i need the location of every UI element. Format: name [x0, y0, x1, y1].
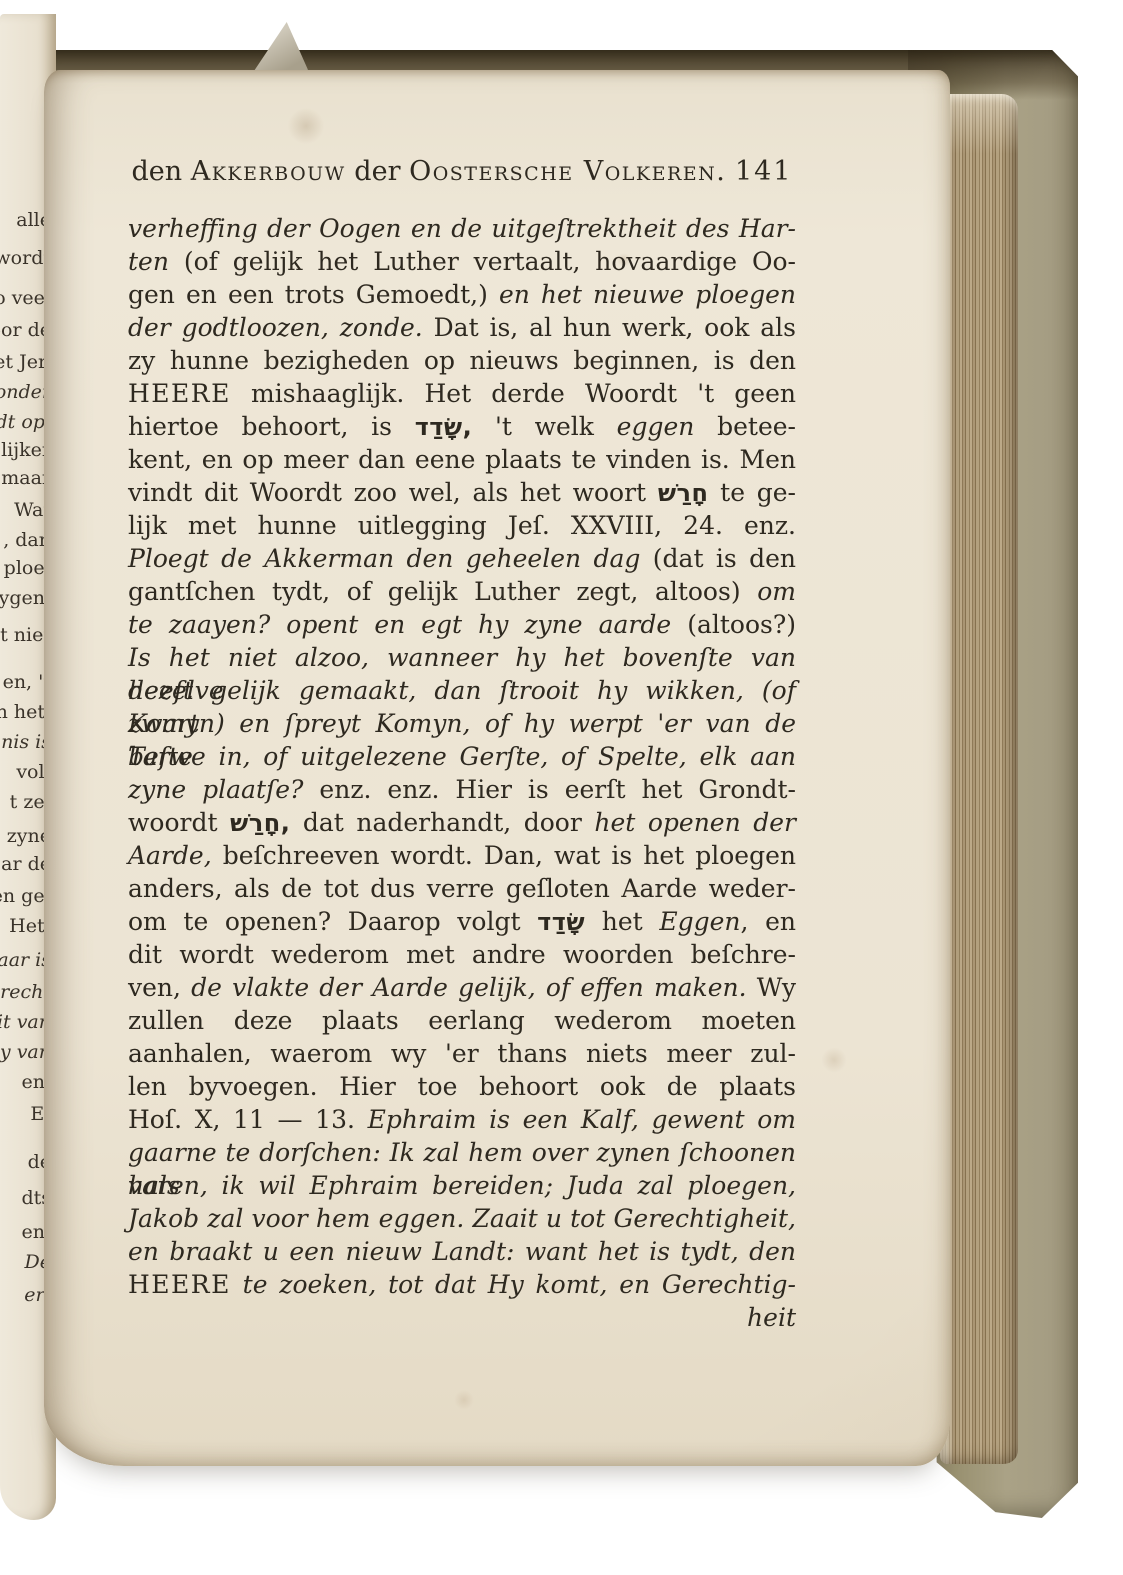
text-run: Aarde,	[128, 841, 212, 870]
photo-background: { "book": { "description": "antique book…	[0, 0, 1123, 1575]
text-line: Tarwe in, of uitgelezene Gerſte, of Spel…	[128, 740, 796, 773]
text-line: om te openen? Daarop volgt שָׂדַד het Eg…	[128, 905, 796, 938]
text-line: en braakt u een nieuw Landt: want het is…	[128, 1235, 796, 1268]
text-run: Oostersche Volkeren.	[409, 156, 726, 187]
text-run: heit	[747, 1303, 796, 1332]
page-corner-flap	[252, 22, 308, 74]
text-run: te zoeken, tot dat Hy komt, en Gerechtig…	[231, 1270, 796, 1299]
text-run: ven,	[128, 973, 191, 1002]
fore-edge-pages	[940, 94, 1018, 1464]
text-run: HEERE	[128, 1270, 231, 1299]
hebrew-word: שָׂדַד	[537, 908, 585, 936]
text-line: Hoſ. X, 11 — 13. Ephraim is een Kalf, ge…	[128, 1103, 796, 1136]
text-line: der godtloozen, zonde. Dat is, al hun we…	[128, 311, 796, 344]
text-run: Wy	[747, 973, 796, 1002]
text-run: Ploegt de Akkerman den geheelen dag	[128, 544, 640, 573]
text-run: en braakt u een nieuw Landt: want het is…	[128, 1237, 796, 1266]
text-line: te zaayen? opent en egt hy zyne aarde (a…	[128, 608, 796, 641]
text-run: (dat is den	[640, 544, 796, 573]
text-run: en het nieuwe ploegen	[499, 280, 796, 309]
text-line: Ploegt de Akkerman den geheelen dag (dat…	[128, 542, 796, 575]
text-line: vindt dit Woordt zoo wel, als het woort …	[128, 476, 796, 509]
text-line: ven, de vlakte der Aarde gelijk, of effe…	[128, 971, 796, 1004]
text-run: eggen	[617, 412, 695, 441]
text-line: varen, ik wil Ephraim bereiden; Juda zal…	[128, 1169, 796, 1202]
running-header: den Akkerbouw der Oostersche Volkeren. 1…	[128, 156, 796, 187]
text-run: de vlakte der Aarde gelijk, of effen mak…	[191, 973, 746, 1002]
text-run: Eggen	[659, 907, 740, 936]
text-line: gen en een trots Gemoedt,) en het nieuwe…	[128, 278, 796, 311]
text-line: kent, en op meer dan eene plaats te vind…	[128, 443, 796, 476]
text-run: den	[131, 156, 190, 187]
text-line: len byvoegen. Hier toe behoort ook de pl…	[128, 1070, 796, 1103]
text-line: Komyn) en ſpreyt Komyn, of hy werpt 'er …	[128, 707, 796, 740]
text-run: zy hunne bezigheden op nieuws beginnen, …	[128, 346, 796, 375]
text-run: kent, en op meer dan eene plaats te vind…	[128, 445, 796, 474]
text-line: Jakob zal voor hem eggen. Zaait u tot Ge…	[128, 1202, 796, 1235]
text-run: ten	[128, 247, 169, 276]
text-run: anders, als de tot dus verre geſloten Aa…	[128, 874, 796, 903]
text-line: aanhalen, waerom wy 'er thans niets meer…	[128, 1037, 796, 1070]
hebrew-word: חָרַשׁ,	[230, 809, 290, 837]
text-run: der	[346, 156, 409, 187]
text-run: dit wordt wederom met andre woorden beſc…	[128, 940, 796, 969]
text-run: beſchreeven wordt. Dan, wat is het ploeg…	[212, 841, 796, 870]
text-run: Jakob zal voor hem eggen. Zaait u tot Ge…	[128, 1204, 796, 1233]
text-run: varen, ik wil Ephraim bereiden; Juda zal…	[128, 1171, 796, 1200]
text-line: hiertoe behoort, is שָׂדַד, 't welk egge…	[128, 410, 796, 443]
page-number: 141	[735, 156, 793, 187]
text-run: len byvoegen. Hier toe behoort ook de pl…	[128, 1072, 796, 1101]
text-run: aanhalen, waerom wy 'er thans niets meer…	[128, 1039, 796, 1068]
text-line: Aarde, beſchreeven wordt. Dan, wat is he…	[128, 839, 796, 872]
text-run: Dat is, al hun werk, ook als	[423, 313, 796, 342]
text-run: (altoos?)	[671, 610, 796, 639]
text-run: te ge-	[708, 478, 796, 507]
text-line: zullen deze plaats eerlang wederom moete…	[128, 1004, 796, 1037]
text-run: dat naderhandt, door	[290, 808, 594, 837]
text-run: Akkerbouw	[191, 156, 346, 187]
text-line: dit wordt wederom met andre woorden beſc…	[128, 938, 796, 971]
text-run: Tarwe in, of uitgelezene Gerſte, of Spel…	[128, 742, 796, 771]
text-run: betee-	[694, 412, 796, 441]
text-run: enz. enz. Hier is eerſt het Grondt-	[303, 775, 796, 804]
text-line: zyne plaatſe? enz. enz. Hier is eerſt he…	[128, 773, 796, 806]
text-run: het openen der	[594, 808, 796, 837]
text-line: heeft gelijk gemaakt, dan ſtrooit hy wik…	[128, 674, 796, 707]
text-line: ten (of gelijk het Luther vertaalt, hova…	[128, 245, 796, 278]
text-run: 't welk	[472, 412, 616, 441]
text-run: om te openen? Daarop volgt	[128, 907, 537, 936]
text-run: te zaayen? opent en egt hy zyne aarde	[128, 610, 671, 639]
text-line: verheffing der Oogen en de uitgeſtrekthe…	[128, 212, 796, 245]
text-line: gantſchen tydt, of gelijk Luther zegt, a…	[128, 575, 796, 608]
text-line: zy hunne bezigheden op nieuws beginnen, …	[128, 344, 796, 377]
text-run: het	[585, 907, 659, 936]
book-page: den Akkerbouw der Oostersche Volkeren. 1…	[44, 70, 950, 1466]
text-run: gen en een trots Gemoedt,)	[128, 280, 499, 309]
text-line: HEERE te zoeken, tot dat Hy komt, en Ger…	[128, 1268, 796, 1301]
text-run: HEERE	[128, 379, 231, 408]
text-line: gaarne te dorſchen: Ik zal hem over zyne…	[128, 1136, 796, 1169]
hebrew-word: שָׂדַד,	[415, 413, 473, 441]
text-run: om	[757, 577, 796, 606]
text-run: gantſchen tydt, of gelijk Luther zegt, a…	[128, 577, 757, 606]
text-line: woordt חָרַשׁ, dat naderhandt, door het …	[128, 806, 796, 839]
text-run: lijk met hunne uitlegging Jeſ. XXVIII, 2…	[128, 511, 796, 540]
text-run: Hoſ. X, 11 — 13.	[128, 1105, 368, 1134]
text-run: hiertoe behoort, is	[128, 412, 415, 441]
text-run: , en	[741, 907, 797, 936]
body-text: verheffing der Oogen en de uitgeſtrekthe…	[128, 212, 796, 1334]
text-run: zullen deze plaats eerlang wederom moete…	[128, 1006, 796, 1035]
text-run: vindt dit Woordt zoo wel, als het woort	[128, 478, 658, 507]
text-line: anders, als de tot dus verre geſloten Aa…	[128, 872, 796, 905]
text-line: HEERE mishaaglijk. Het derde Woordt 't g…	[128, 377, 796, 410]
text-line: Is het niet alzoo, wanneer hy het bovenſ…	[128, 641, 796, 674]
text-run: Ephraim is een Kalf, gewent om	[368, 1105, 796, 1134]
text-run: der godtloozen, zonde.	[128, 313, 423, 342]
hebrew-word: חָרַשׁ	[658, 479, 709, 507]
text-run: mishaaglijk. Het derde Woordt 't geen	[231, 379, 796, 408]
catchword: heit	[128, 1301, 796, 1334]
text-run: woordt	[128, 808, 230, 837]
text-run	[726, 156, 735, 187]
text-run: verheffing der Oogen en de uitgeſtrekthe…	[128, 214, 796, 243]
text-line: lijk met hunne uitlegging Jeſ. XXVIII, 2…	[128, 509, 796, 542]
text-run: zyne plaatſe?	[128, 775, 303, 804]
text-run: (of gelijk het Luther vertaalt, hovaardi…	[169, 247, 796, 276]
